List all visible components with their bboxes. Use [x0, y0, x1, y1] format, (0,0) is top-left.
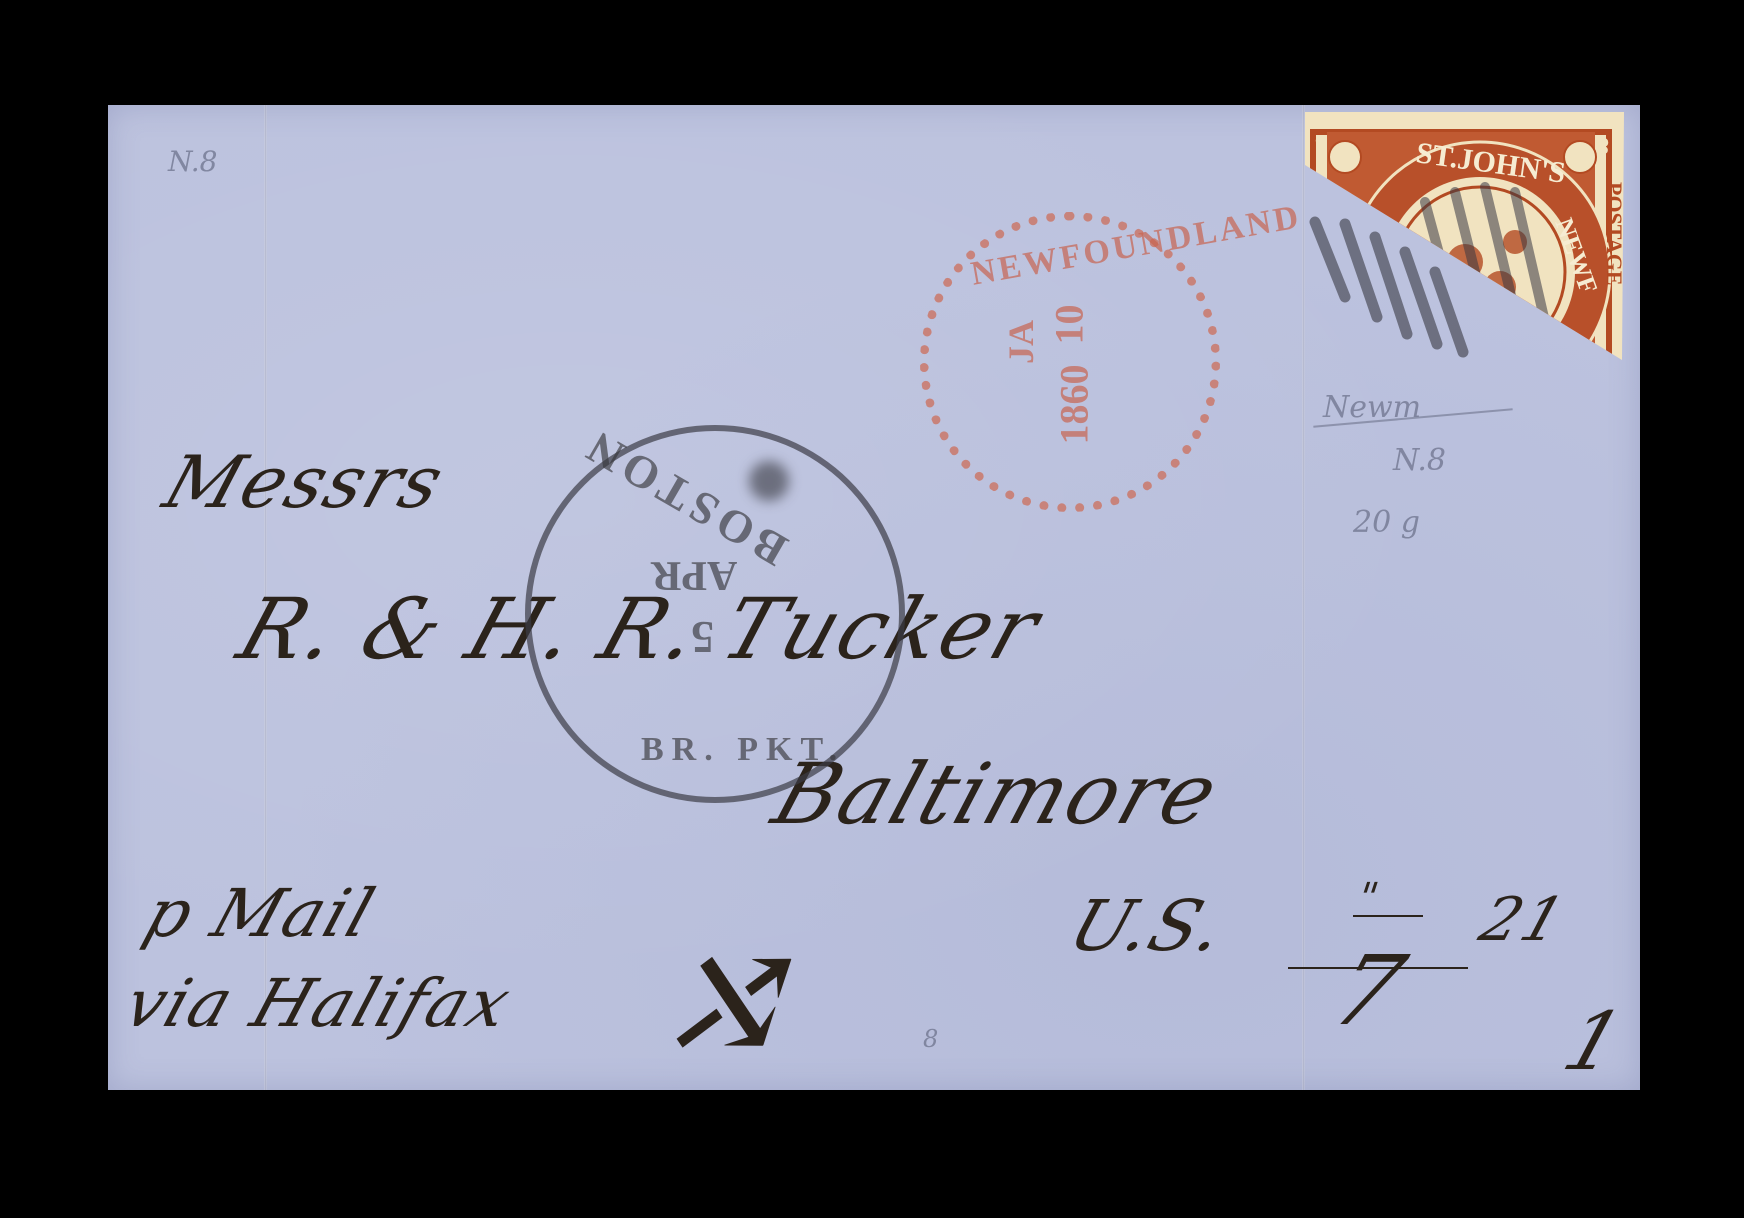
newfoundland-postmark-month: JA — [1000, 320, 1042, 364]
rate-strikeline — [1288, 967, 1468, 969]
address-line-country: U.S. — [1060, 885, 1237, 967]
address-line-messrs: Messrs — [154, 440, 455, 524]
svg-text:8: 8 — [1597, 132, 1609, 158]
newfoundland-postmark-year: 1860 — [1051, 365, 1098, 445]
corner-mark: 1 — [1553, 995, 1636, 1088]
newfoundland-postmark: NEWFOUNDLAND JA 10 1860 — [920, 212, 1220, 512]
route-line-mail: p Mail — [135, 875, 384, 952]
rate-overline — [1353, 915, 1423, 917]
svg-text:8: 8 — [1315, 130, 1327, 156]
pencil-note-bottom: 8 — [923, 1025, 938, 1053]
route-line-halifax: via Halifax — [115, 965, 521, 1042]
svg-text:POSTAGE: POSTAGE — [1602, 182, 1624, 286]
pencil-note-right-2: N.8 — [1393, 443, 1446, 478]
bisect-stamp: ST.JOHN'S NEWF POSTAGE 8 8 — [1305, 112, 1624, 362]
boston-postmark-month: APR — [651, 551, 737, 599]
rate-marking: 7 — [1320, 935, 1419, 1047]
newfoundland-postmark-day: 10 — [1046, 305, 1093, 345]
rate-suffix: 21 — [1472, 885, 1575, 955]
pencil-note-right-3: 20 g — [1353, 505, 1420, 540]
boston-postmark-day: 5 — [691, 611, 714, 664]
flourish: ⤭ — [638, 905, 835, 1092]
boston-postmark-packet: BR. PKT. — [641, 731, 845, 769]
pencil-note-top-left: N.8 — [168, 145, 217, 178]
boston-postmark: BOSTON APR 5 BR. PKT. — [525, 425, 905, 803]
